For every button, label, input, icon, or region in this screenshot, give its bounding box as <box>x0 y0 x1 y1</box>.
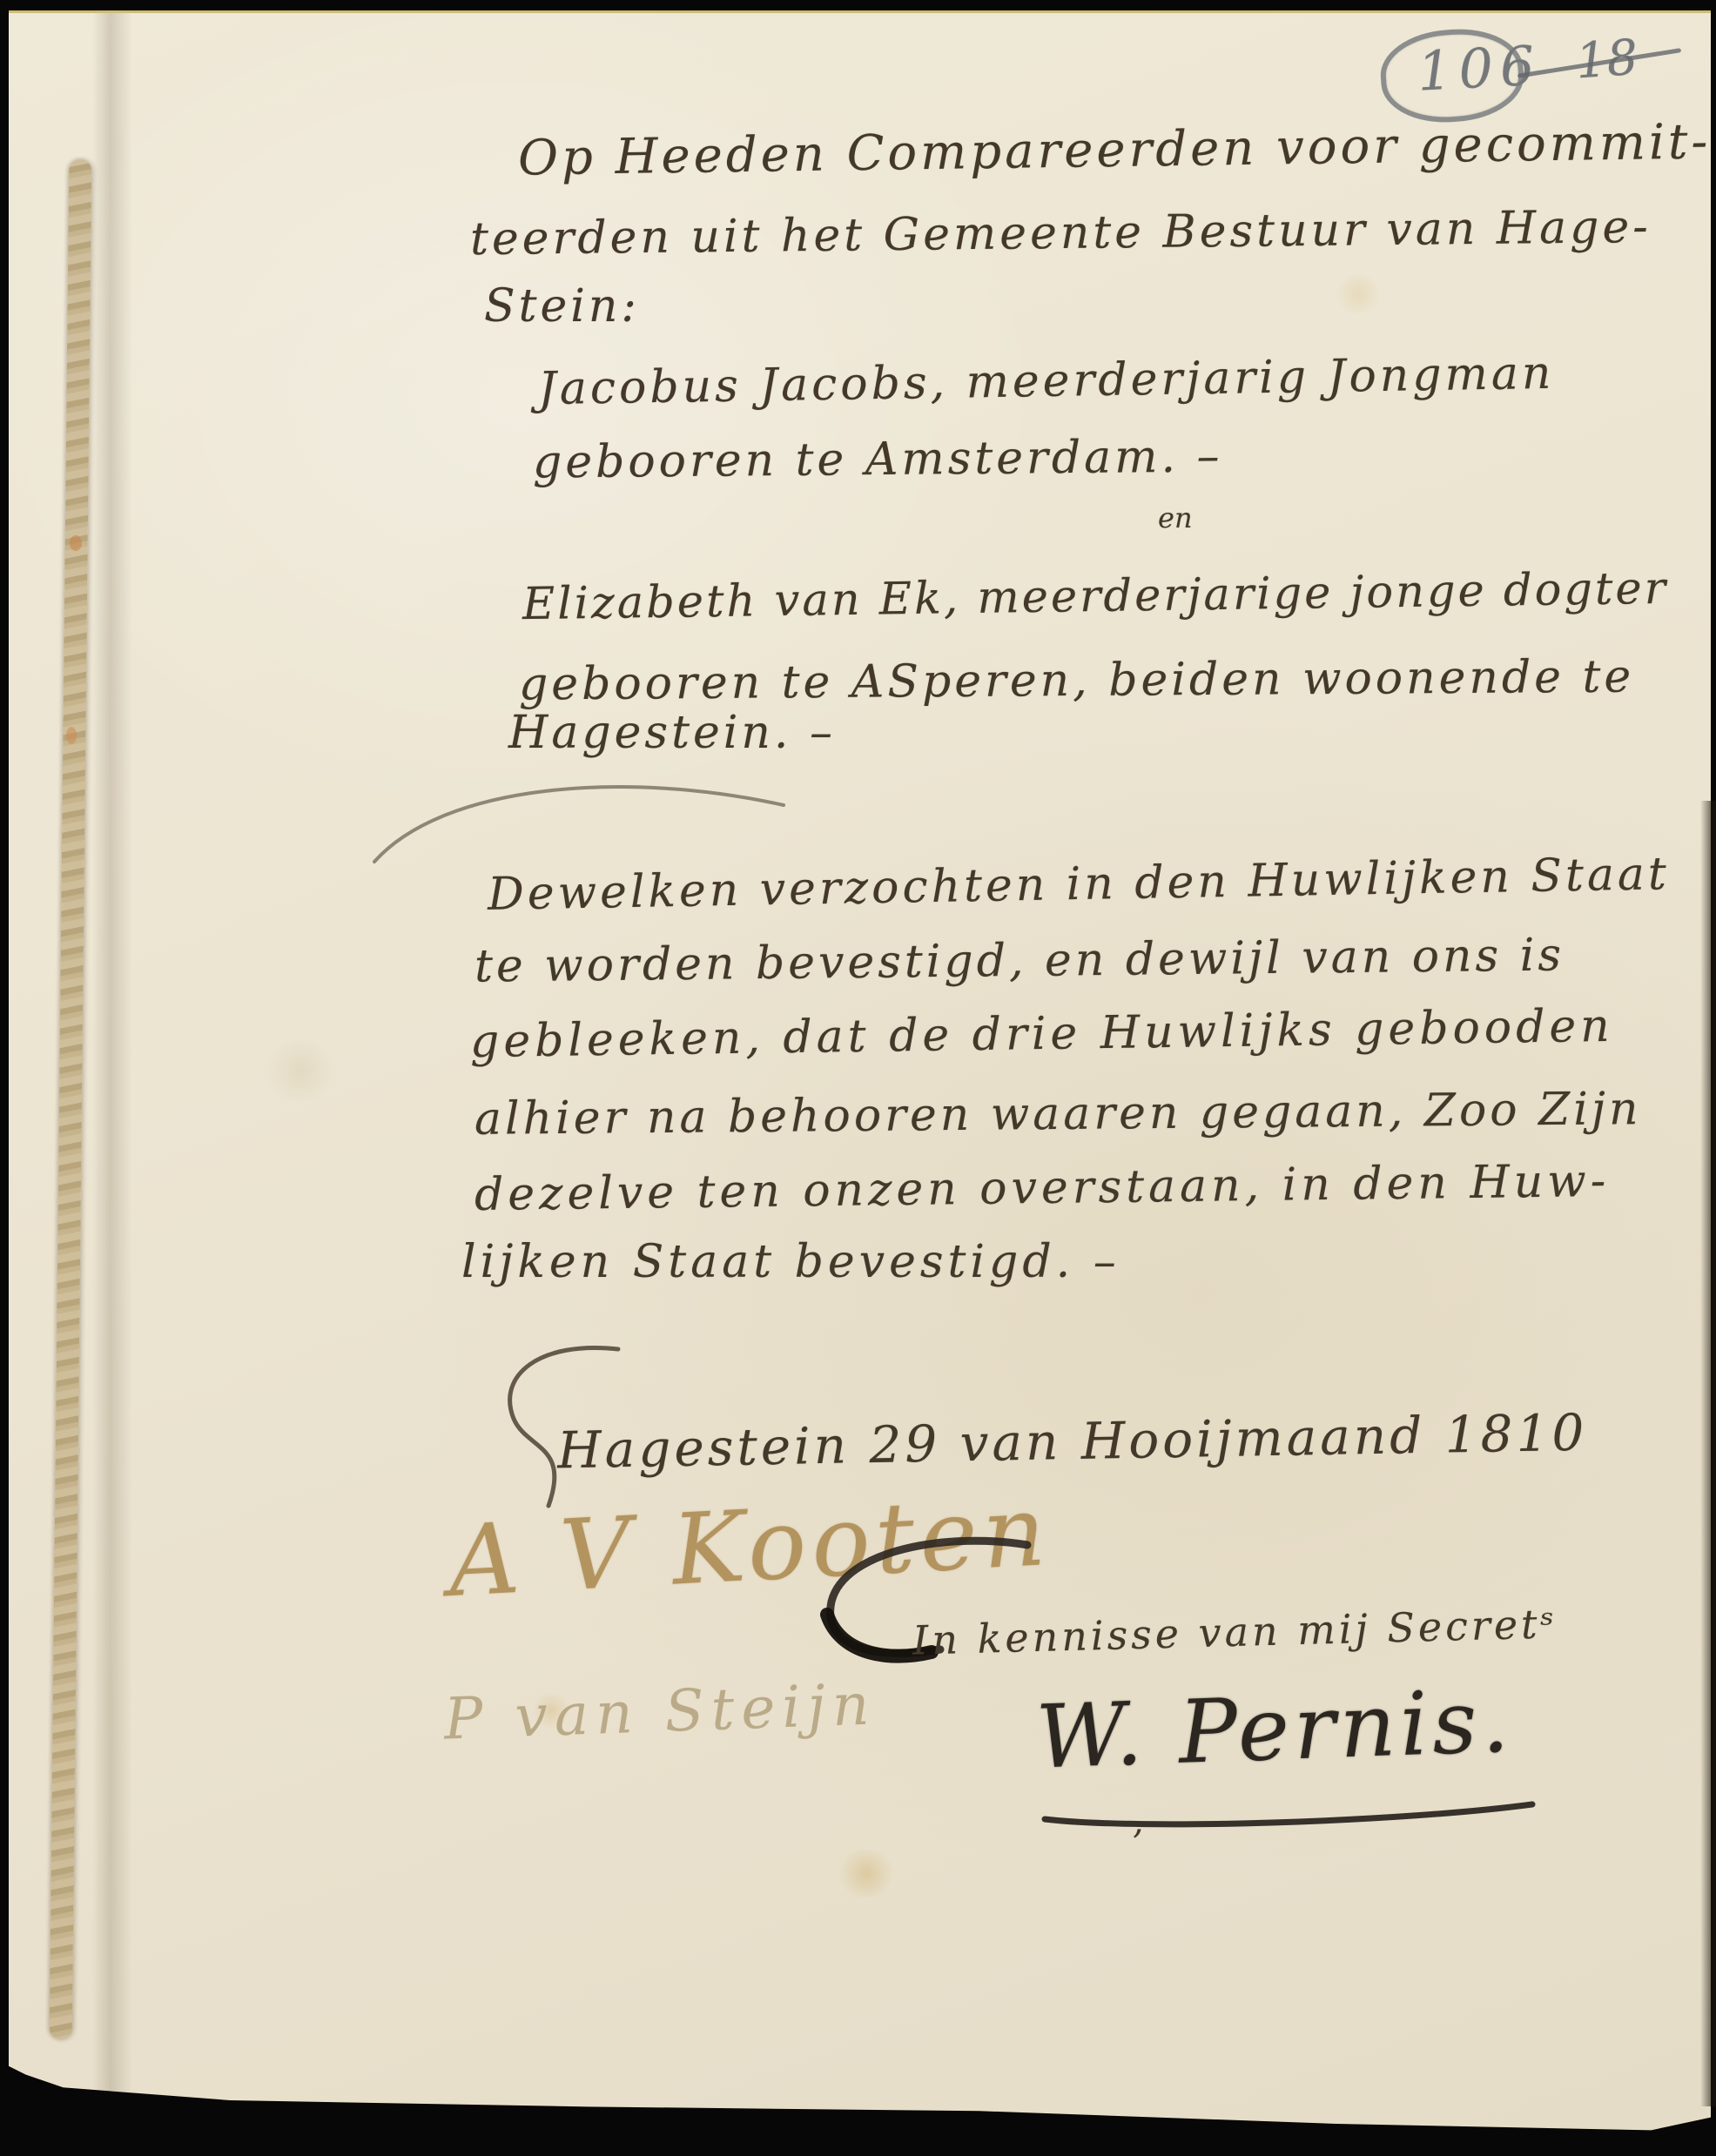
page-right-edge-shadow <box>1700 801 1716 2106</box>
stain <box>836 1850 897 1897</box>
body-line-6: lijken Staat bevestigd. – <box>461 1236 1120 1288</box>
stain <box>1332 274 1384 313</box>
signature-pernis: W. Pernis. <box>1034 1669 1515 1788</box>
paper-sheet <box>9 10 1711 2147</box>
bride-line-3: Hagestein. – <box>508 707 836 759</box>
ink-mark: ’ <box>1132 1824 1143 1864</box>
bride-line-2: gebooren te ASperen, beiden woonende te <box>519 651 1635 711</box>
conjunction-en: en <box>1158 501 1193 534</box>
record-opening-line-3: Stein: <box>484 280 640 332</box>
folio-number: 106 <box>1416 33 1543 103</box>
groom-line-2: gebooren te Amsterdam. – <box>533 431 1223 489</box>
binding-fold-crease <box>92 13 132 2147</box>
body-line-4: alhier na behooren waaren gegaan, Zoo Zi… <box>474 1083 1642 1145</box>
scanned-marriage-record: 106 18 Op Heeden Compareerden voor gecom… <box>0 0 1716 2156</box>
binding-cord <box>50 159 92 2039</box>
stain <box>261 1040 340 1101</box>
